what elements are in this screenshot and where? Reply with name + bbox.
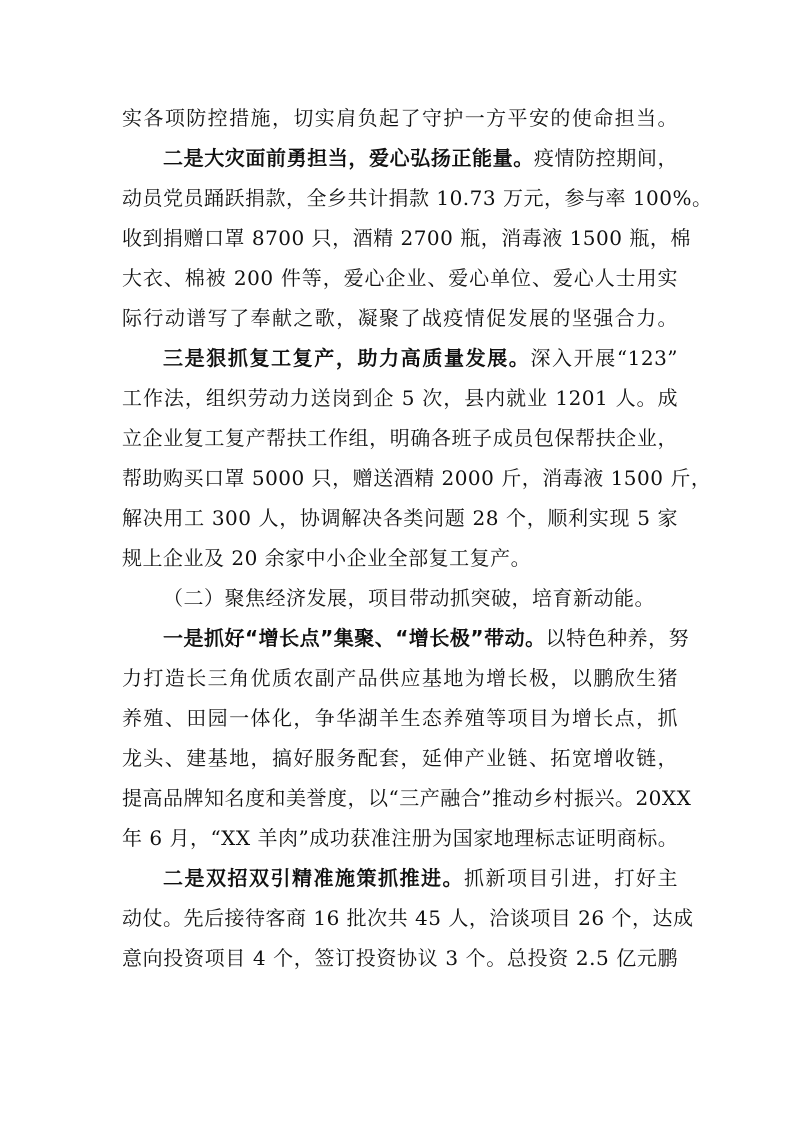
- body-text: 提高品牌知名度和美誉度，以“三产融合”推动乡村振兴。20XX: [122, 786, 691, 810]
- paragraph-line: 帮助购买口罩 5000 只，赠送酒精 2000 斤，消毒液 1500 斤，: [122, 458, 678, 498]
- paragraph-line: 解决用工 300 人，协调解决各类问题 28 个，顺利实现 5 家: [122, 498, 678, 538]
- body-text: 以特色种养，努: [546, 626, 690, 650]
- body-text: 收到捐赠口罩 8700 只，酒精 2700 瓶，消毒液 1500 瓶，棉: [122, 226, 691, 250]
- paragraph-line: 二是大灾面前勇担当，爱心弘扬正能量。疫情防控期间，: [122, 138, 678, 178]
- body-text: 实各项防控措施，切实肩负起了守护一方平安的使命担当。: [122, 106, 678, 130]
- body-text: 大衣、棉被 200 件等，爱心企业、爱心单位、爱心人士用实: [122, 266, 678, 290]
- body-text: 养殖、田园一体化，争华湖羊生态养殖等项目为增长点，抓: [122, 706, 678, 730]
- document-page: 实各项防控措施，切实肩负起了守护一方平安的使命担当。 二是大灾面前勇担当，爱心弘…: [122, 98, 678, 978]
- bold-lead-text: 二是大灾面前勇担当，爱心弘扬正能量。: [163, 146, 534, 170]
- section-heading-text: （二）聚焦经济发展，项目带动抓突破，培育新动能。: [163, 586, 655, 610]
- paragraph-line: 龙头、建基地，搞好服务配套，延伸产业链、拓宽增收链，: [122, 738, 678, 778]
- paragraph-line: 力打造长三角优质农副产品供应基地为增长极，以鹏欣生猪: [122, 658, 678, 698]
- paragraph-line: 收到捐赠口罩 8700 只，酒精 2700 瓶，消毒液 1500 瓶，棉: [122, 218, 678, 258]
- body-text: 立企业复工复产帮扶工作组，明确各班子成员包保帮扶企业，: [122, 426, 678, 450]
- bold-lead-text: 二是双招双引精准施策抓推进。: [163, 866, 464, 890]
- body-text: 工作法，组织劳动力送岗到企 5 次，县内就业 1201 人。成: [122, 386, 678, 410]
- paragraph-line: 大衣、棉被 200 件等，爱心企业、爱心单位、爱心人士用实: [122, 258, 678, 298]
- paragraph-line: 提高品牌知名度和美誉度，以“三产融合”推动乡村振兴。20XX: [122, 778, 678, 818]
- paragraph-line: 规上企业及 20 余家中小企业全部复工复产。: [122, 538, 678, 578]
- body-text: 际行动谱写了奉献之歌，凝聚了战疫情促发展的坚强合力。: [122, 306, 678, 330]
- paragraph-line: 养殖、田园一体化，争华湖羊生态养殖等项目为增长点，抓: [122, 698, 678, 738]
- body-text: 深入开展“123”: [530, 346, 678, 370]
- body-text: 规上企业及 20 余家中小企业全部复工复产。: [122, 546, 531, 570]
- paragraph-line: 意向投资项目 4 个，签订投资协议 3 个。总投资 2.5 亿元鹏: [122, 938, 678, 978]
- paragraph-line: 年 6 月，“XX 羊肉”成功获准注册为国家地理标志证明商标。: [122, 818, 678, 858]
- body-text: 动员党员踊跃捐款，全乡共计捐款 10.73 万元，参与率 100%。: [122, 186, 713, 210]
- body-text: 帮助购买口罩 5000 只，赠送酒精 2000 斤，消毒液 1500 斤，: [122, 466, 711, 490]
- paragraph-line: 一是抓好“增长点”集聚、“增长极”带动。以特色种养，努: [122, 618, 678, 658]
- paragraph-line: 二是双招双引精准施策抓推进。抓新项目引进，打好主: [122, 858, 678, 898]
- paragraph-line: 立企业复工复产帮扶工作组，明确各班子成员包保帮扶企业，: [122, 418, 678, 458]
- body-text: 抓新项目引进，打好主: [464, 866, 678, 890]
- paragraph-line: 三是狠抓复工复产，助力高质量发展。深入开展“123”: [122, 338, 678, 378]
- bold-lead-text: 一是抓好“增长点”集聚、“增长极”带动。: [163, 626, 546, 650]
- body-text: 疫情防控期间，: [534, 146, 678, 170]
- body-text: 年 6 月，“XX 羊肉”成功获准注册为国家地理标志证明商标。: [122, 826, 678, 850]
- bold-lead-text: 三是狠抓复工复产，助力高质量发展。: [163, 346, 530, 370]
- section-heading: （二）聚焦经济发展，项目带动抓突破，培育新动能。: [122, 578, 678, 618]
- body-text: 力打造长三角优质农副产品供应基地为增长极，以鹏欣生猪: [122, 666, 678, 690]
- paragraph-line: 动仗。先后接待客商 16 批次共 45 人，洽谈项目 26 个，达成: [122, 898, 678, 938]
- paragraph-line: 工作法，组织劳动力送岗到企 5 次，县内就业 1201 人。成: [122, 378, 678, 418]
- paragraph-line: 际行动谱写了奉献之歌，凝聚了战疫情促发展的坚强合力。: [122, 298, 678, 338]
- paragraph-line: 实各项防控措施，切实肩负起了守护一方平安的使命担当。: [122, 98, 678, 138]
- body-text: 动仗。先后接待客商 16 批次共 45 人，洽谈项目 26 个，达成: [122, 906, 694, 930]
- body-text: 龙头、建基地，搞好服务配套，延伸产业链、拓宽增收链，: [122, 746, 678, 770]
- body-text: 意向投资项目 4 个，签订投资协议 3 个。总投资 2.5 亿元鹏: [122, 946, 678, 970]
- paragraph-line: 动员党员踊跃捐款，全乡共计捐款 10.73 万元，参与率 100%。: [122, 178, 678, 218]
- body-text: 解决用工 300 人，协调解决各类问题 28 个，顺利实现 5 家: [122, 506, 678, 530]
